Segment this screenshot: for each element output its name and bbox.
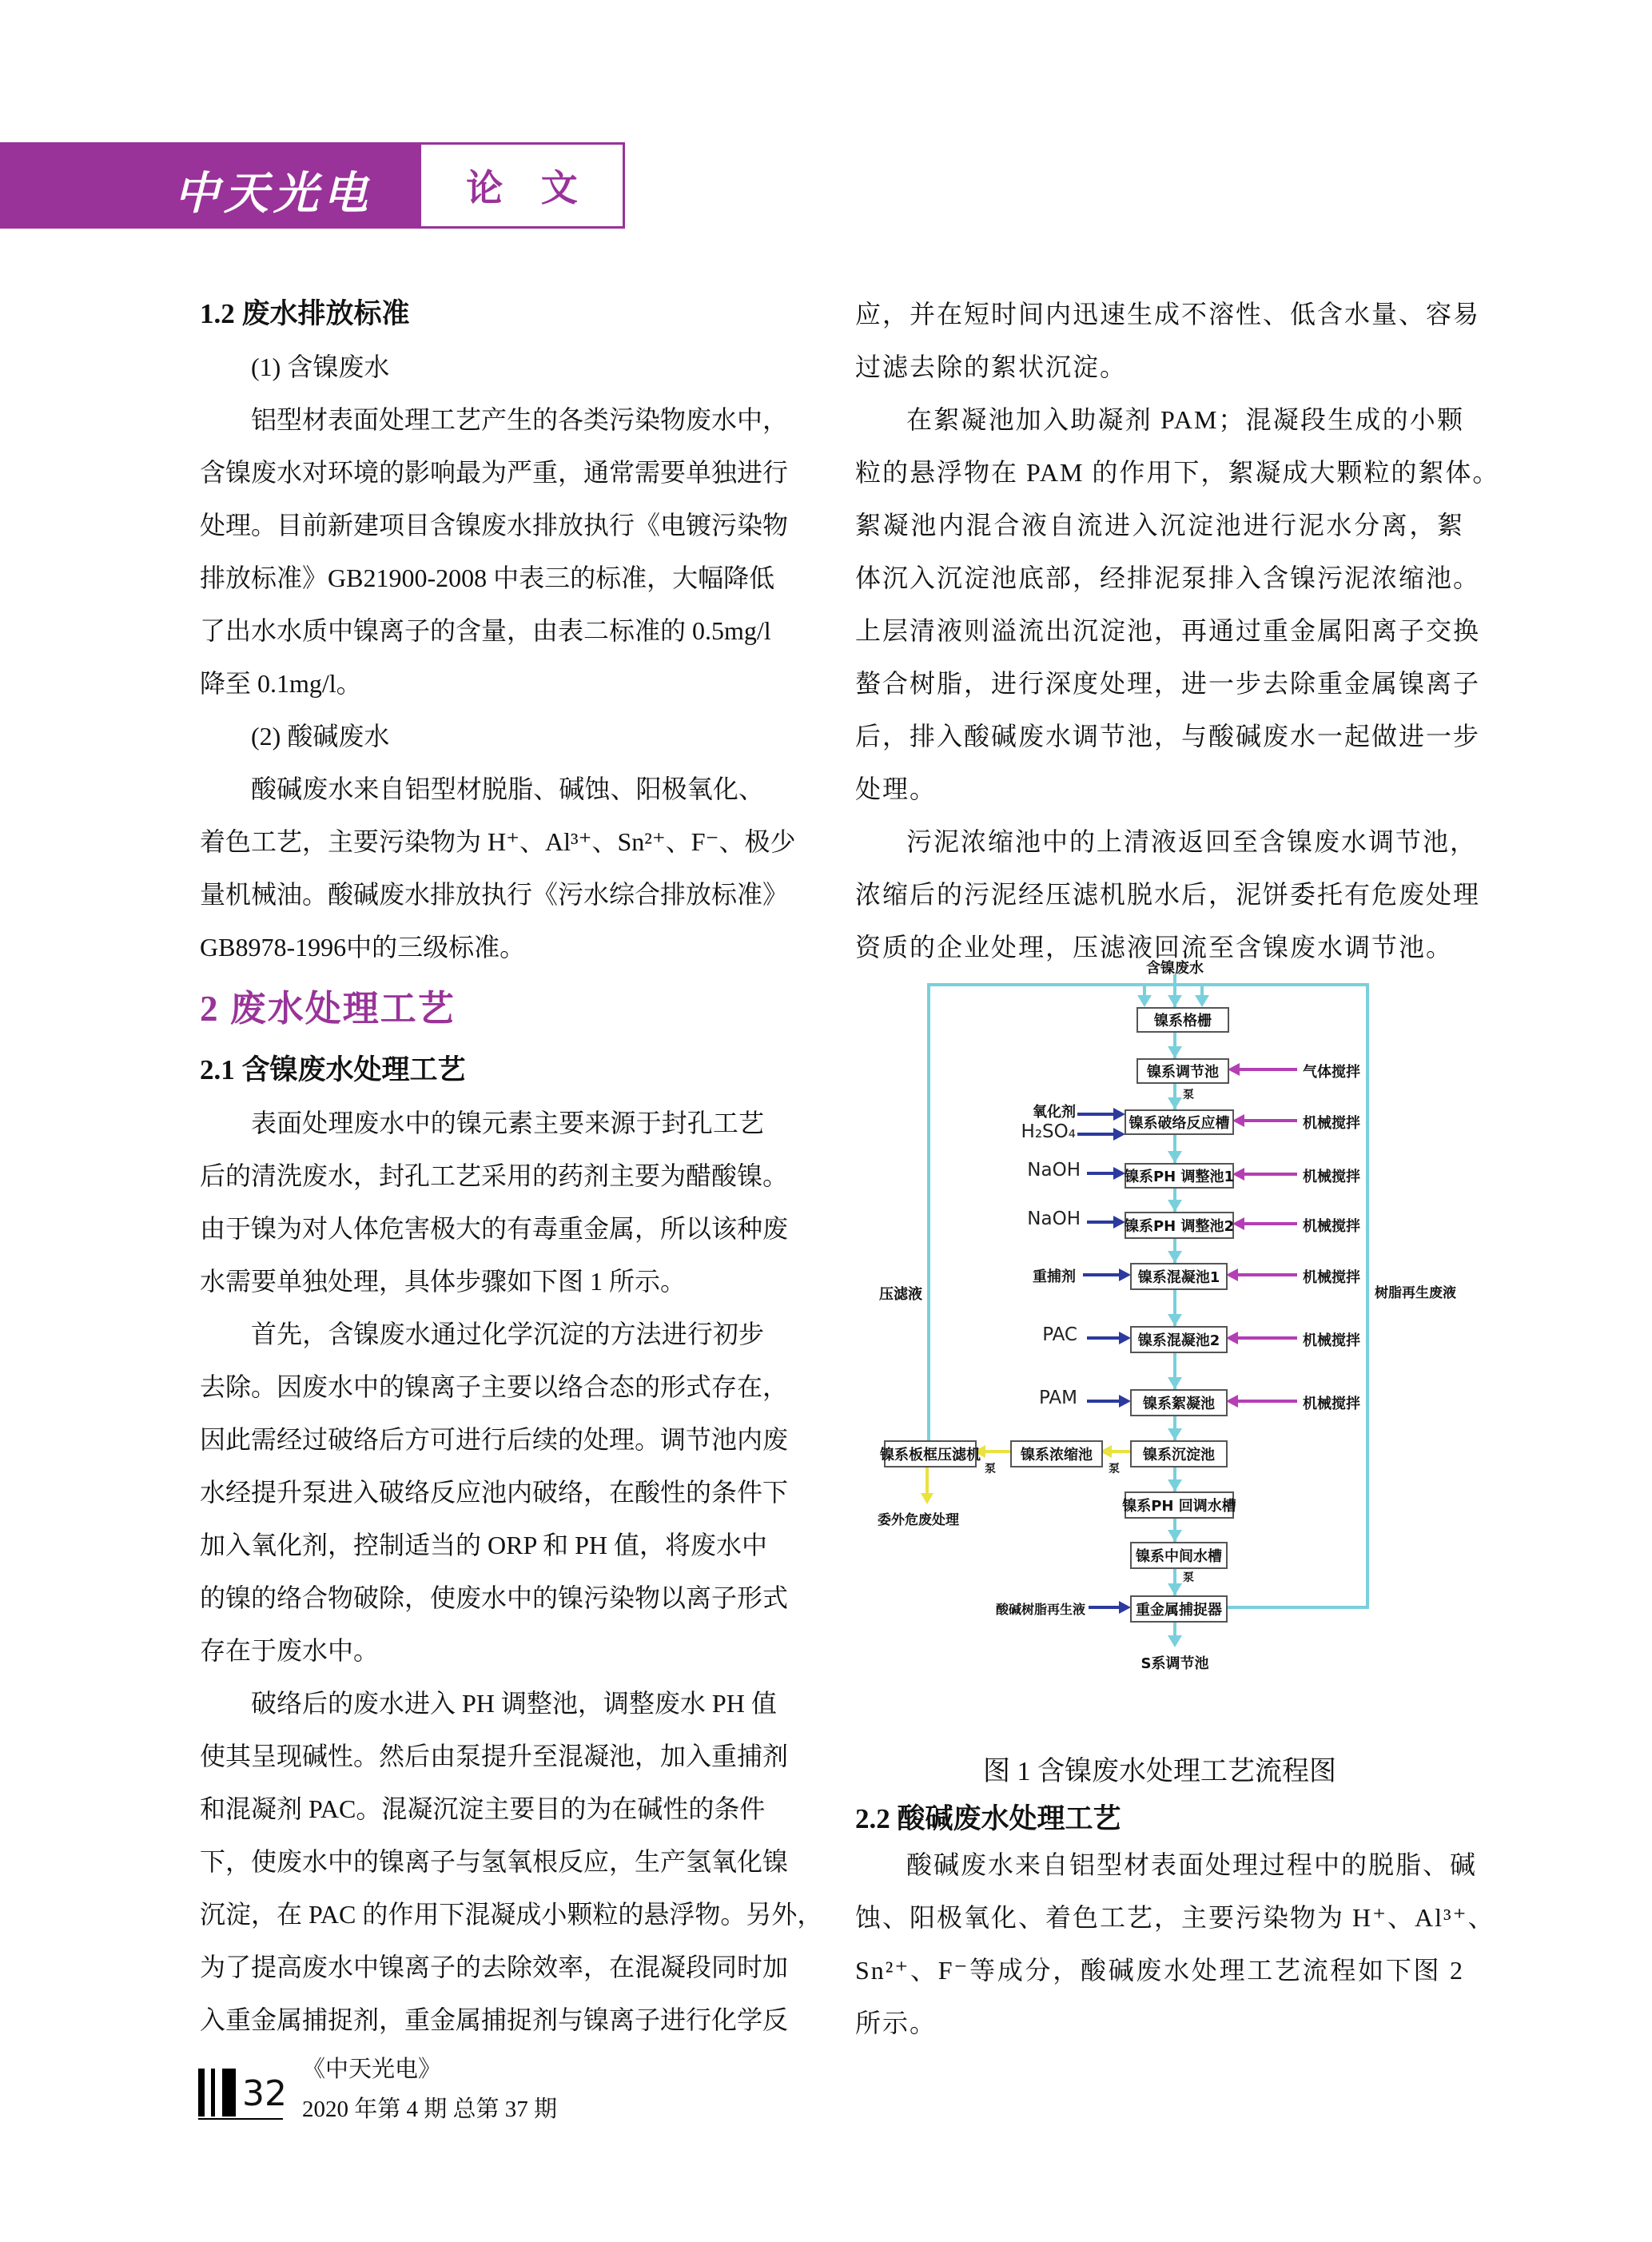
flow-arrow-icon <box>1168 1097 1182 1109</box>
reagent-arrow <box>1087 1336 1119 1340</box>
paragraph-line: 使其呈现碱性。然后由泵提升至混凝池，加入重捕剂 <box>200 1730 764 1782</box>
stir-mech-label: 机械搅拌 <box>1303 1392 1360 1413</box>
stir-arrowhead <box>1226 1268 1238 1281</box>
paragraph-line: 处理。 <box>855 763 1464 815</box>
flow-arrow-icon <box>1168 1428 1182 1440</box>
sludge-arrowhead <box>921 1493 933 1504</box>
stir-mech-label: 机械搅拌 <box>1303 1165 1360 1186</box>
right-column: 应，并在短时间内迅速生成不溶性、低含水量、容易 过滤去除的絮状沉淀。 在絮凝池加… <box>855 288 1464 974</box>
heading-2-1: 2.1 含镍废水处理工艺 <box>200 1044 764 1097</box>
heading-1-2: 1.2 废水排放标准 <box>200 288 764 340</box>
reagent-arrowhead <box>1113 1128 1125 1141</box>
flow-arrow-icon <box>1168 1479 1182 1491</box>
footer-divider <box>198 2118 283 2120</box>
stir-arrow <box>1238 1336 1297 1340</box>
pump-label: 泵 <box>1183 1569 1194 1585</box>
stir-arrow <box>1240 1068 1297 1071</box>
sludge-arrow <box>985 1450 1010 1453</box>
paragraph-line: 后的清洗废水，封孔工艺采用的药剂主要为醋酸镍。 <box>200 1149 764 1202</box>
paragraph-line: 酸碱废水来自铝型材脱脂、碱蚀、阳极氧化、 <box>200 763 764 815</box>
sludge-arrow <box>1112 1450 1130 1453</box>
box-sedimentation: 镍系沉淀池 <box>1130 1440 1228 1467</box>
reagent-arrowhead <box>1113 1167 1125 1180</box>
figure-1-caption: 图 1 含镍废水处理工艺流程图 <box>855 1749 1464 1788</box>
stir-mech-label: 机械搅拌 <box>1303 1112 1360 1133</box>
stir-arrowhead <box>1226 1395 1238 1408</box>
paragraph-line: 和混凝剂 PAC。混凝沉淀主要目的为在碱性的条件 <box>200 1782 764 1835</box>
paragraph-line: 粒的悬浮物在 PAM 的作用下，絮凝成大颗粒的絮体。 <box>855 446 1464 499</box>
reagent-pac: PAC <box>1033 1324 1077 1345</box>
paragraph-line: 酸碱废水来自铝型材表面处理过程中的脱脂、碱 <box>855 1838 1464 1891</box>
issue-info: 2020 年第 4 期 总第 37 期 <box>302 2091 557 2124</box>
paragraph-line: 铝型材表面处理工艺产生的各类污染物废水中， <box>200 393 764 446</box>
stir-arrow <box>1238 1400 1297 1403</box>
paragraph-line: 的镍的络合物破除，使废水中的镍污染物以离子形式 <box>200 1571 764 1624</box>
pump-label: 泵 <box>985 1460 996 1476</box>
paragraph-line: 应，并在短时间内迅速生成不溶性、低含水量、容易 <box>855 288 1464 340</box>
left-column: 1.2 废水排放标准 (1) 含镍废水 铝型材表面处理工艺产生的各类污染物废水中… <box>200 288 764 2046</box>
stir-mech-label: 机械搅拌 <box>1303 1329 1360 1350</box>
paragraph-line: 沉淀，在 PAC 的作用下混凝成小颗粒的悬浮物。另外， <box>200 1888 764 1941</box>
pump-label: 泵 <box>1109 1460 1120 1476</box>
box-flocculation: 镍系絮凝池 <box>1130 1389 1228 1416</box>
paragraph-line: 了出水水质中镍离子的含量，由表二标准的 0.5mg/l <box>200 604 764 657</box>
reagent-pam: PAM <box>1031 1388 1077 1408</box>
stir-arrowhead <box>1232 1217 1244 1230</box>
paragraph-line: 着色工艺，主要污染物为 H⁺、Al³⁺、Sn²⁺、F⁻、极少 <box>200 815 764 868</box>
reagent-arrowhead <box>1119 1332 1131 1344</box>
reagent-heavy-catch: 重捕剂 <box>1025 1265 1076 1286</box>
paragraph-line: 为了提高废水中镍离子的去除效率，在混凝段同时加 <box>200 1941 764 1993</box>
paragraph-line: 在絮凝池加入助凝剂 PAM；混凝段生成的小颗 <box>855 393 1464 446</box>
stir-arrowhead <box>1226 1332 1238 1344</box>
outlet-label: S系调节池 <box>1138 1652 1212 1673</box>
flow-arrow-icon <box>1168 1251 1182 1263</box>
paragraph-line: 含镍废水对环境的影响最为严重，通常需要单独进行 <box>200 446 764 499</box>
pipe-top-horizontal <box>927 983 1369 986</box>
stir-arrow <box>1244 1119 1297 1122</box>
stir-arrowhead <box>1232 1114 1244 1127</box>
box-grid: 镍系格栅 <box>1136 1007 1229 1033</box>
paragraph-line: 因此需经过破络后方可进行后续的处理。调节池内废 <box>200 1413 764 1466</box>
reagent-h2so4: H₂SO₄ <box>1020 1121 1076 1142</box>
stir-arrow <box>1238 1273 1297 1276</box>
reagent-arrow <box>1087 1172 1114 1175</box>
stir-arrow <box>1244 1173 1297 1176</box>
paragraph-line: 后，排入酸碱废水调节池，与酸碱废水一起做进一步 <box>855 710 1464 763</box>
box-decomplex-tank: 镍系破络反应槽 <box>1125 1109 1234 1135</box>
footer-bars-icon <box>198 2069 205 2117</box>
reagent-arrowhead <box>1113 1108 1125 1121</box>
stir-mech-label: 机械搅拌 <box>1303 1266 1360 1287</box>
reagent-arrowhead <box>1119 1601 1131 1614</box>
reagent-arrow <box>1077 1113 1114 1116</box>
paragraph-line: 破络后的废水进入 PH 调整池，调整废水 PH 值 <box>200 1677 764 1730</box>
subheading-nickel: (1) 含镍废水 <box>200 340 764 393</box>
flow-arrow-icon <box>1168 1530 1182 1542</box>
paper-tag-box: 论 文 <box>419 142 625 229</box>
paragraph-line: 水需要单独处理，具体步骤如下图 1 所示。 <box>200 1255 764 1308</box>
paragraph-line: 降至 0.1mg/l。 <box>200 657 764 710</box>
paragraph-line: 入重金属捕捉剂，重金属捕捉剂与镍离子进行化学反 <box>200 1993 764 2046</box>
paragraph-line: 表面处理废水中的镍元素主要来源于封孔工艺 <box>200 1097 764 1149</box>
page-number: 32 <box>242 2073 287 2114</box>
paragraph-line: 处理。目前新建项目含镍废水排放执行《电镀污染物 <box>200 499 764 552</box>
reagent-arrow <box>1083 1273 1119 1276</box>
right-pipe-label: 树脂再生废液 <box>1375 1281 1456 1301</box>
paragraph-line: Sn²⁺、F⁻等成分，酸碱废水处理工艺流程如下图 2所示。 <box>855 1944 1464 2049</box>
paragraph-line: 排放标准》GB21900-2008 中表三的标准，大幅降低 <box>200 552 764 604</box>
reagent-naoh-2: NaOH <box>1025 1209 1081 1229</box>
reagent-naoh-1: NaOH <box>1025 1160 1081 1181</box>
paragraph-line: 去除。因废水中的镍离子主要以络合态的形式存在， <box>200 1360 764 1413</box>
pipe-right-bottom-horizontal <box>1224 1606 1369 1609</box>
reagent-arrow <box>1087 1221 1114 1224</box>
paragraph-line: GB8978-1996中的三级标准。 <box>200 921 764 974</box>
outsource-label: 委外危废处理 <box>878 1508 959 1528</box>
stir-arrow <box>1244 1222 1297 1225</box>
box-coagulation-2: 镍系混凝池2 <box>1130 1326 1228 1353</box>
reagent-oxidant: 氧化剂 <box>1025 1101 1076 1121</box>
reagent-arrow <box>1087 1400 1119 1403</box>
paragraph-line: 由于镍为对人体危害极大的有毒重金属，所以该种废 <box>200 1202 764 1255</box>
paragraph-line: 螯合树脂，进行深度处理，进一步去除重金属镍离子 <box>855 657 1464 710</box>
reagent-arrow <box>1089 1606 1119 1609</box>
journal-logo: 中天光电 <box>174 158 372 222</box>
stir-arrowhead <box>1228 1063 1240 1076</box>
box-regulating-pool: 镍系调节池 <box>1136 1058 1229 1084</box>
flow-arrow-icon <box>1137 995 1152 1007</box>
journal-name: 《中天光电》 <box>302 2051 441 2084</box>
pipe-right-vertical <box>1366 983 1369 1609</box>
sludge-arrow <box>926 1464 929 1493</box>
stir-mech-label: 机械搅拌 <box>1303 1215 1360 1236</box>
document-page: 中天光电 论 文 1.2 废水排放标准 (1) 含镍废水 铝型材表面处理工艺产生… <box>0 0 1652 2242</box>
paragraph-line: 加入氧化剂，控制适当的 ORP 和 PH 值，将废水中 <box>200 1519 764 1571</box>
paragraph-line: 污泥浓缩池中的上清液返回至含镍废水调节池， <box>855 815 1464 868</box>
flow-arrow-icon <box>1195 995 1209 1007</box>
box-filter-press: 镍系板框压滤机 <box>884 1440 977 1467</box>
reagent-arrowhead <box>1113 1216 1125 1229</box>
flow-arrow-icon <box>1168 1635 1182 1647</box>
flow-arrow-icon <box>1168 1314 1182 1326</box>
source-label: 含镍废水 <box>1146 957 1204 978</box>
flow-arrow-icon <box>1168 1377 1182 1389</box>
paper-tag-label: 论 文 <box>452 159 592 212</box>
reagent-arrowhead <box>1119 1268 1131 1281</box>
stir-arrowhead <box>1232 1168 1244 1181</box>
paragraph-line: 下，使废水中的镍离子与氢氧根反应，生产氢氧化镍 <box>200 1835 764 1888</box>
paragraph-2-2: 酸碱废水来自铝型材表面处理过程中的脱脂、碱 蚀、阳极氧化、着色工艺，主要污染物为… <box>855 1838 1464 2049</box>
page-footer: 32 《中天光电》 2020 年第 4 期 总第 37 期 <box>198 2051 758 2147</box>
subheading-acid-alkali: (2) 酸碱废水 <box>200 710 764 763</box>
box-ph-readjust: 镍系PH 回调水槽 <box>1125 1491 1234 1519</box>
pump-label: 泵 <box>1183 1086 1194 1102</box>
paragraph-line: 体沉入沉淀池底部，经排泥泵排入含镍污泥浓缩池。 <box>855 552 1464 604</box>
paragraph-line: 蚀、阳极氧化、着色工艺，主要污染物为 H⁺、Al³⁺、 <box>855 1891 1464 1944</box>
pipe-left-vertical <box>927 983 930 1442</box>
reagent-arrow <box>1077 1133 1114 1136</box>
figure-1-flowchart: 镍系格栅 镍系调节池 镍系破络反应槽 镍系PH 调整池1 镍系PH 调整池2 镍… <box>847 939 1574 1738</box>
paragraph-line: 絮凝池内混合液自流进入沉淀池进行泥水分离，絮 <box>855 499 1464 552</box>
paragraph-line: 过滤去除的絮状沉淀。 <box>855 340 1464 393</box>
flow-arrow-icon <box>1168 1583 1182 1595</box>
paragraph-line: 水经提升泵进入破络反应池内破络，在酸性的条件下 <box>200 1466 764 1519</box>
heading-2-2: 2.2 酸碱废水处理工艺 <box>855 1797 1464 1837</box>
paragraph-line: 上层清液则溢流出沉淀池，再通过重金属阳离子交换 <box>855 604 1464 657</box>
box-ph-adjust-2: 镍系PH 调整池2 <box>1125 1212 1234 1239</box>
box-intermediate-tank: 镍系中间水槽 <box>1130 1542 1228 1569</box>
box-thickener: 镍系浓缩池 <box>1010 1440 1103 1467</box>
flow-arrow-icon <box>1168 1200 1182 1212</box>
stir-gas-label: 气体搅拌 <box>1303 1061 1360 1081</box>
footer-bars-icon <box>211 2069 215 2117</box>
box-ph-adjust-1: 镍系PH 调整池1 <box>1125 1163 1234 1189</box>
box-heavy-metal-catcher: 重金属捕捉器 <box>1130 1595 1228 1623</box>
heading-2: 2 废水处理工艺 <box>200 974 764 1044</box>
box-coagulation-1: 镍系混凝池1 <box>1130 1263 1228 1290</box>
reagent-resin-regen: 酸碱树脂再生液 <box>981 1599 1085 1618</box>
paragraph-line: 首先，含镍废水通过化学沉淀的方法进行初步 <box>200 1308 764 1360</box>
paragraph-line: 存在于废水中。 <box>200 1624 764 1677</box>
header-bar: 中天光电 <box>0 142 419 229</box>
left-pipe-label: 压滤液 <box>879 1283 922 1304</box>
footer-bars-icon <box>222 2069 236 2117</box>
flow-arrow-icon <box>1168 1151 1182 1163</box>
flow-arrow-icon <box>1168 995 1182 1007</box>
paragraph-line: 浓缩后的污泥经压滤机脱水后，泥饼委托有危废处理 <box>855 868 1464 921</box>
reagent-arrowhead <box>1119 1395 1131 1408</box>
flow-arrow-icon <box>1168 1046 1182 1058</box>
paragraph-line: 量机械油。酸碱废水排放执行《污水综合排放标准》 <box>200 868 764 921</box>
